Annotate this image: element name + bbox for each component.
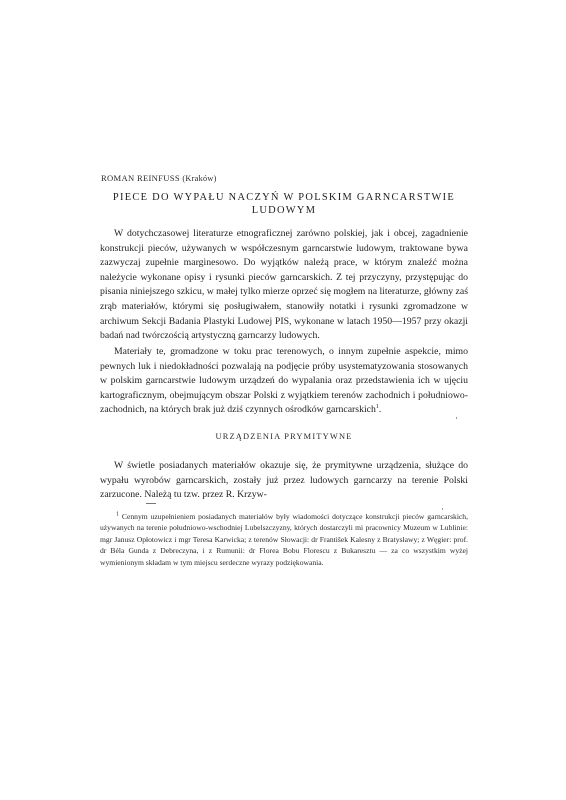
paragraph-materials: Materiały te, gromadzone w toku prac ter… bbox=[100, 345, 468, 418]
footnote-divider bbox=[146, 503, 156, 504]
paragraph-text: W świetle posiadanych materiałów okazuje… bbox=[100, 459, 468, 503]
footnote-text: Cennym uzupełnieniem posiadanych materia… bbox=[100, 512, 468, 567]
title-line-1: PIECE DO WYPAŁU NACZYŃ W POLSKIM GARNCAR… bbox=[100, 191, 468, 204]
footnote: 1 Cennym uzupełnieniem posiadanych mater… bbox=[100, 511, 468, 568]
paragraph-text: Materiały te, gromadzone w toku prac ter… bbox=[100, 346, 468, 415]
scan-speck bbox=[456, 417, 457, 419]
paragraph-intro: W dotychczasowej literaturze etnograficz… bbox=[100, 227, 468, 344]
footnote-reference: 1 bbox=[376, 404, 379, 410]
author-line: ROMAN REINFUSS (Kraków) bbox=[101, 173, 217, 183]
article-title: PIECE DO WYPAŁU NACZYŃ W POLSKIM GARNCAR… bbox=[100, 191, 468, 217]
footnote-paragraph: 1 Cennym uzupełnieniem posiadanych mater… bbox=[100, 511, 468, 568]
footnote-marker: 1 bbox=[116, 511, 119, 517]
paragraph-with-footnote: Materiały te, gromadzone w toku prac ter… bbox=[100, 345, 468, 418]
author-place: (Kraków) bbox=[182, 174, 216, 183]
author-name: ROMAN REINFUSS bbox=[101, 173, 180, 183]
paragraph-section: W świetle posiadanych materiałów okazuje… bbox=[100, 459, 468, 503]
scan-speck bbox=[442, 508, 443, 510]
section-heading: URZĄDZENIA PRYMITYWNE bbox=[100, 432, 468, 441]
document-page: ROMAN REINFUSS (Kraków) PIECE DO WYPAŁU … bbox=[0, 0, 566, 800]
title-line-2: LUDOWYM bbox=[100, 204, 468, 217]
paragraph-text: W dotychczasowej literaturze etnograficz… bbox=[100, 227, 468, 344]
